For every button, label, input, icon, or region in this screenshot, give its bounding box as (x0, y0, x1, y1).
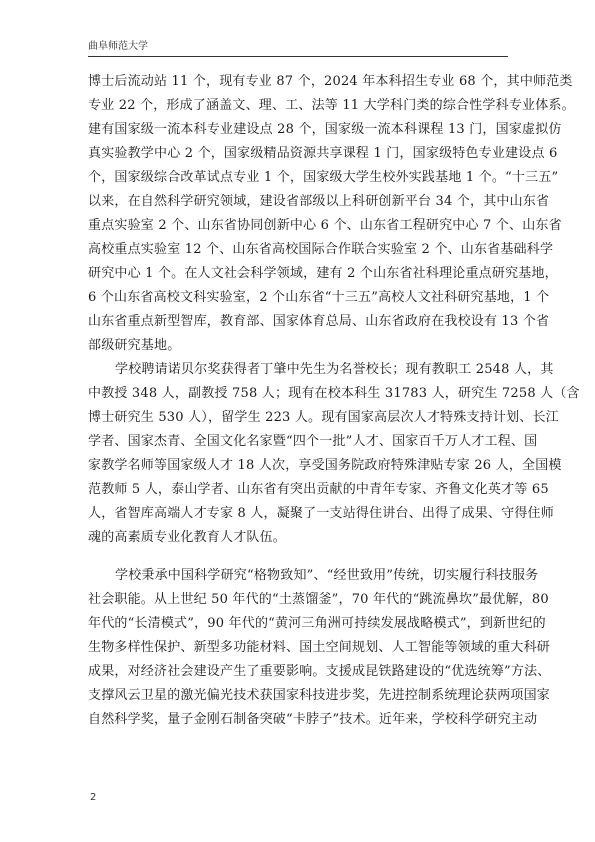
text-line: 学校秉承中国科学研究“格物致知”、“经世致用”传统，切实履行科技服务 (88, 564, 509, 588)
text-line: 社会职能。从上世纪 50 年代的“土蒸馏釜”，70 年代的“跳流鼻坎”最优解，8… (88, 588, 509, 612)
text-line: 学者、国家杰青、全国文化名家暨“四个一批”人才、国家百千万人才工程、国 (88, 430, 509, 454)
text-line: 生物多样性保护、新型多功能材料、国土空间规划、人工智能等领域的重大科研 (88, 636, 509, 660)
text-line: 研究中心 1 个。在人文社会科学领域，建有 2 个山东省社科理论重点研究基地， (88, 262, 509, 286)
text-line: 真实验教学中心 2 个，国家级精品资源共享课程 1 门，国家级特色专业建设点 6 (88, 142, 509, 166)
paragraph-spacer (88, 550, 509, 564)
text-line: 人，省智库高端人才专家 8 人，凝聚了一支站得住讲台、出得了成果、守得住师 (88, 502, 509, 526)
text-line: 部级研究基地。 (88, 334, 509, 358)
text-line: 建有国家级一流本科专业建设点 28 个，国家级一流本科课程 13 门，国家虚拟仿 (88, 118, 509, 142)
text-line: 个，国家级综合改革试点专业 1 个，国家级大学生校外实践基地 1 个。“十三五” (88, 166, 509, 190)
text-line: 年代的“长清模式”，90 年代的“黄河三角洲可持续发展战略模式”，到新世纪的 (88, 612, 509, 636)
document-body: 博士后流动站 11 个，现有专业 87 个，2024 年本科招生专业 68 个，… (88, 70, 509, 732)
running-header: 曲阜师范大学 (88, 40, 508, 57)
text-line: 学校聘请诺贝尔奖获得者丁肇中先生为名誉校长；现有教职工 2548 人，其 (88, 358, 509, 382)
text-line: 家教学名师等国家级人才 18 人次，享受国务院政府特殊津贴专家 26 人，全国模 (88, 454, 509, 478)
text-line: 高校重点实验室 12 个、山东省高校国际合作联合实验室 2 个、山东省基础科学 (88, 238, 509, 262)
page-number: 2 (90, 792, 96, 803)
text-line: 成果，对经济社会建设产生了重要影响。支援成昆铁路建设的“优选统筹”方法、 (88, 660, 509, 684)
text-line: 范教师 5 人，泰山学者、山东省有突出贡献的中青年专家、齐鲁文化英才等 65 (88, 478, 509, 502)
text-line: 专业 22 个，形成了涵盖文、理、工、法等 11 大学科门类的综合性学科专业体系… (88, 94, 509, 118)
text-line: 中教授 348 人，副教授 758 人；现有在校本科生 31783 人，研究生 … (88, 382, 509, 406)
paragraph-3: 学校秉承中国科学研究“格物致知”、“经世致用”传统，切实履行科技服务 社会职能。… (88, 564, 509, 732)
paragraph-1: 博士后流动站 11 个，现有专业 87 个，2024 年本科招生专业 68 个，… (88, 70, 509, 358)
text-line: 支撑风云卫星的激光偏光技术获国家科技进步奖，先进控制系统理论获两项国家 (88, 684, 509, 708)
text-line: 自然科学奖，量子金刚石制备突破“卡脖子”技术。近年来，学校科学研究主动 (88, 708, 509, 732)
text-line: 山东省重点新型智库，教育部、国家体育总局、山东省政府在我校设有 13 个省 (88, 310, 509, 334)
text-line: 以来，在自然科学研究领域，建设省部级以上科研创新平台 34 个，其中山东省 (88, 190, 509, 214)
text-line: 博士后流动站 11 个，现有专业 87 个，2024 年本科招生专业 68 个，… (88, 70, 509, 94)
text-line: 重点实验室 2 个、山东省协同创新中心 6 个、山东省工程研究中心 7 个、山东… (88, 214, 509, 238)
header-title: 曲阜师范大学 (88, 41, 148, 52)
paragraph-2: 学校聘请诺贝尔奖获得者丁肇中先生为名誉校长；现有教职工 2548 人，其 中教授… (88, 358, 509, 550)
text-line: 魂的高素质专业化教育人才队伍。 (88, 526, 509, 550)
text-line: 6 个山东省高校文科实验室，2 个山东省“十三五”高校人文社科研究基地，1 个 (88, 286, 509, 310)
text-line: 博士研究生 530 人），留学生 223 人。现有国家高层次人才特殊支持计划、长… (88, 406, 509, 430)
